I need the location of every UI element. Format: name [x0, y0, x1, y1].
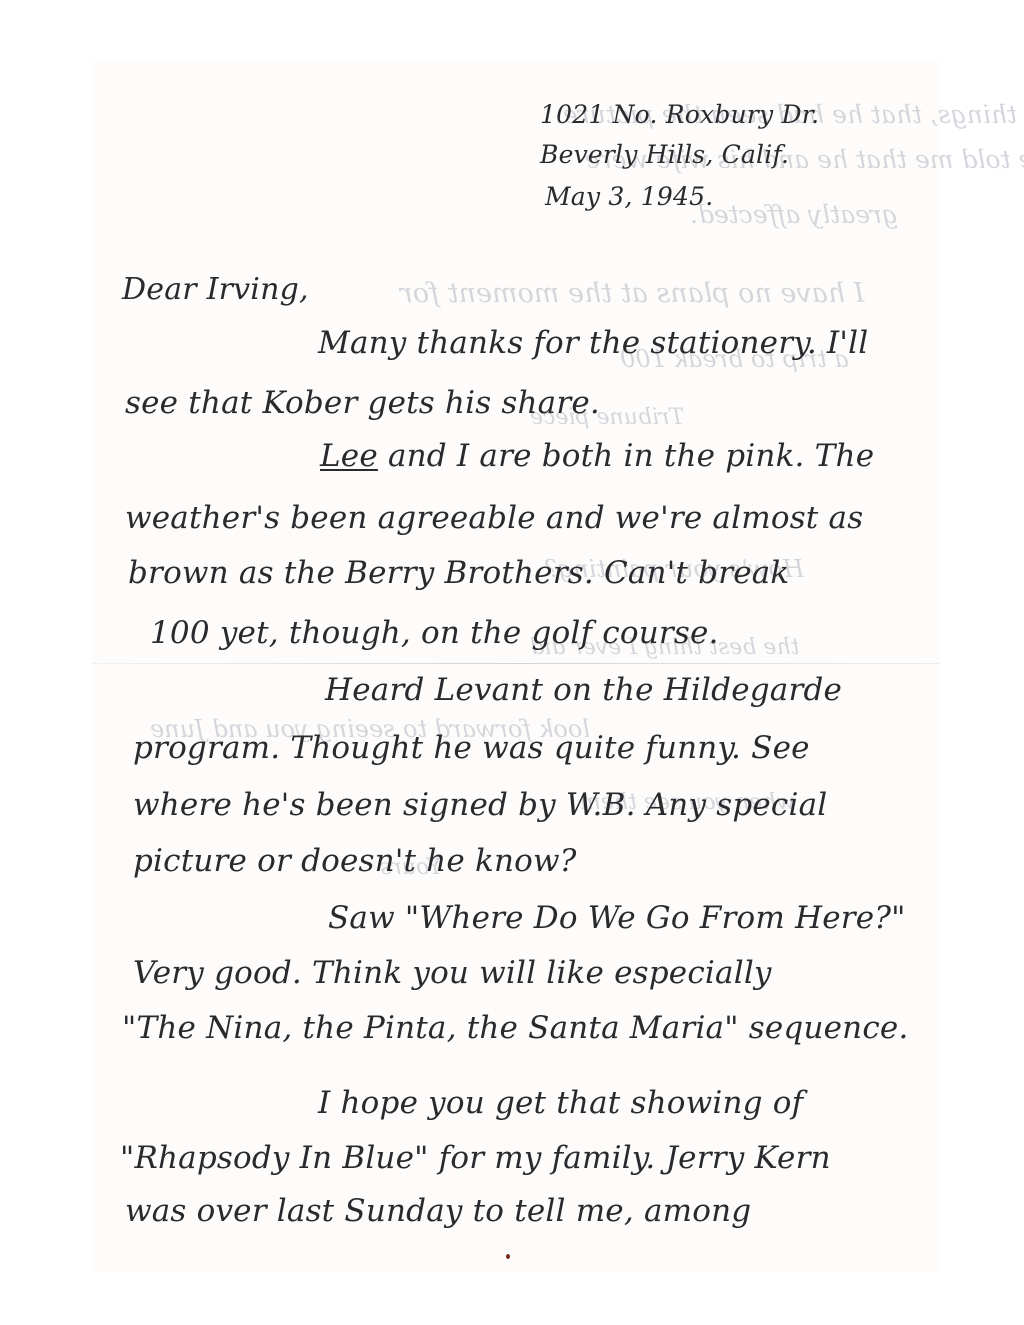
- letter-line: "The Nina, the Pinta, the Santa Maria" s…: [122, 1010, 909, 1046]
- letter-line: 100 yet, though, on the golf course.: [150, 615, 719, 651]
- letter-line: "Rhapsody In Blue" for my family. Jerry …: [120, 1140, 831, 1176]
- letter-line: I hope you get that showing of: [318, 1085, 803, 1121]
- letter-line: weather's been agreeable and we're almos…: [125, 500, 863, 536]
- letter-line-text: and I are both in the pink. The: [388, 438, 874, 474]
- letter-date: May 3, 1945.: [545, 182, 713, 211]
- letter-line: Saw "Where Do We Go From Here?": [328, 900, 906, 936]
- letter-line: brown as the Berry Brothers. Can't break: [128, 555, 789, 591]
- letter-line: Many thanks for the stationery. I'll: [318, 325, 868, 361]
- letter-line: was over last Sunday to tell me, among: [125, 1193, 751, 1229]
- letter-line: Heard Levant on the Hildegarde: [325, 672, 842, 708]
- paper-fold-line: [92, 663, 940, 664]
- salutation: Dear Irving,: [122, 272, 309, 307]
- letter-line: program. Thought he was quite funny. See: [133, 730, 810, 766]
- underlined-name: Lee: [320, 438, 378, 474]
- address-line-street: 1021 No. Roxbury Dr.: [540, 100, 819, 129]
- letter-line: where he's been signed by W.B. Any speci…: [133, 787, 827, 823]
- address-line-city: Beverly Hills, Calif.: [540, 140, 789, 169]
- letter-line: picture or doesn't he know?: [133, 843, 577, 879]
- letter-line: Very good. Think you will like especiall…: [133, 955, 772, 991]
- ink-spot: [506, 1254, 510, 1259]
- letter-line-with-name: Lee and I are both in the pink. The: [320, 438, 874, 474]
- letter-line: see that Kober gets his share.: [125, 385, 600, 421]
